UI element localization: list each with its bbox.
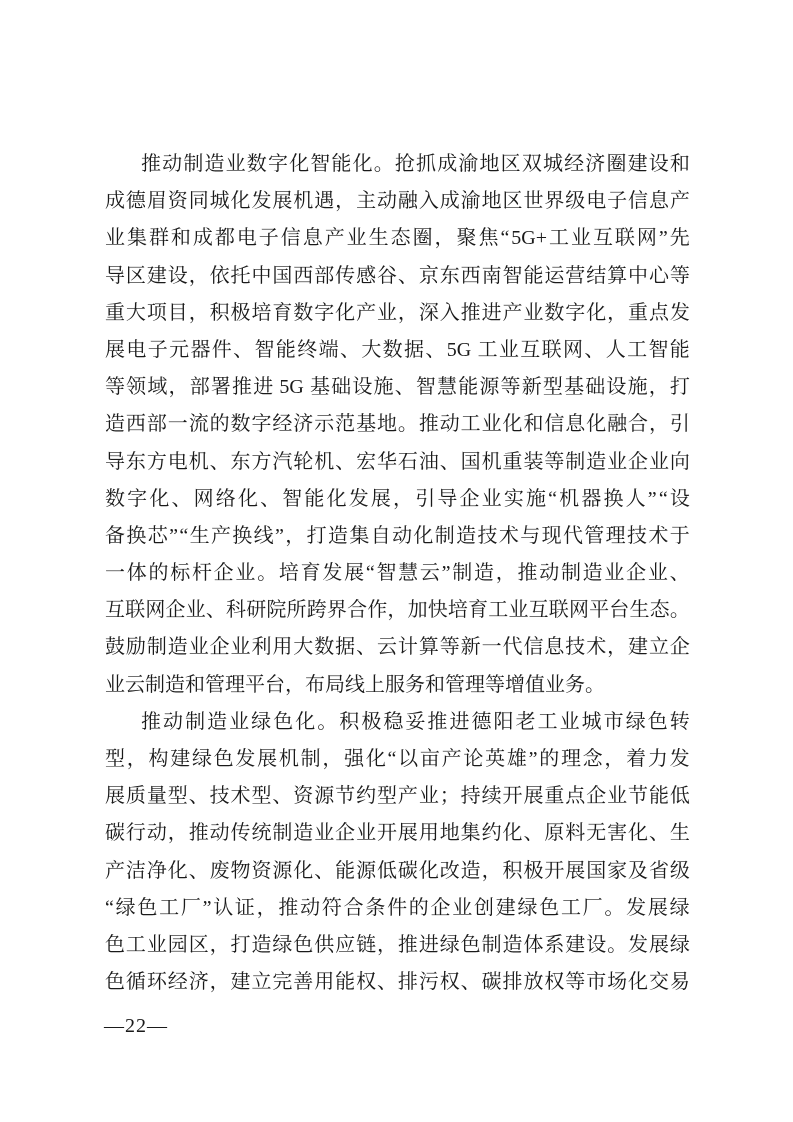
text-line: 一体的标杆企业。培育发展“智慧云”制造，推动制造业企业、: [105, 555, 690, 592]
page-number: —22—: [104, 1008, 168, 1045]
text-line: 鼓励制造业企业利用大数据、云计算等新一代信息技术，建立企: [105, 629, 690, 666]
text-line: 等领域，部署推进 5G 基础设施、智慧能源等新型基础设施，打: [105, 369, 690, 406]
text-line: 型，构建绿色发展机制，强化“以亩产论英雄”的理念，着力发: [105, 741, 690, 778]
text-line: 重大项目，积极培育数字化产业，深入推进产业数字化，重点发: [105, 295, 690, 332]
document-page: 推动制造业数字化智能化。抢抓成渝地区双城经济圈建设和成德眉资同城化发展机遇，主动…: [0, 0, 793, 1122]
text-line: 造西部一流的数字经济示范基地。推动工业化和信息化融合，引: [105, 406, 690, 443]
text-line: 碳行动，推动传统制造业企业开展用地集约化、原料无害化、生: [105, 815, 690, 852]
text-line: 推动制造业数字化智能化。抢抓成渝地区双城经济圈建设和: [105, 146, 690, 183]
text-line: 成德眉资同城化发展机遇，主动融入成渝地区世界级电子信息产: [105, 183, 690, 220]
document-body: 推动制造业数字化智能化。抢抓成渝地区双城经济圈建设和成德眉资同城化发展机遇，主动…: [105, 146, 690, 1001]
text-line: “绿色工厂”认证，推动符合条件的企业创建绿色工厂。发展绿: [105, 890, 690, 927]
text-line: 展质量型、技术型、资源节约型产业；持续开展重点企业节能低: [105, 778, 690, 815]
text-line: 备换芯”“生产换线”，打造集自动化制造技术与现代管理技术于: [105, 518, 690, 555]
text-line: 数字化、网络化、智能化发展，引导企业实施“机器换人”“设: [105, 481, 690, 518]
text-line: 导东方电机、东方汽轮机、宏华石油、国机重装等制造业企业向: [105, 444, 690, 481]
text-line: 色循环经济，建立完善用能权、排污权、碳排放权等市场化交易: [105, 964, 690, 1001]
text-line: 导区建设，依托中国西部传感谷、京东西南智能运营结算中心等: [105, 258, 690, 295]
text-line: 产洁净化、废物资源化、能源低碳化改造，积极开展国家及省级: [105, 853, 690, 890]
text-line: 业云制造和管理平台，布局线上服务和管理等增值业务。: [105, 667, 690, 704]
text-line: 展电子元器件、智能终端、大数据、5G 工业互联网、人工智能: [105, 332, 690, 369]
text-line: 互联网企业、科研院所跨界合作，加快培育工业互联网平台生态。: [105, 592, 690, 629]
text-line: 色工业园区，打造绿色供应链，推进绿色制造体系建设。发展绿: [105, 927, 690, 964]
text-line: 业集群和成都电子信息产业生态圈，聚焦“5G+工业互联网”先: [105, 220, 690, 257]
text-line: 推动制造业绿色化。积极稳妥推进德阳老工业城市绿色转: [105, 704, 690, 741]
